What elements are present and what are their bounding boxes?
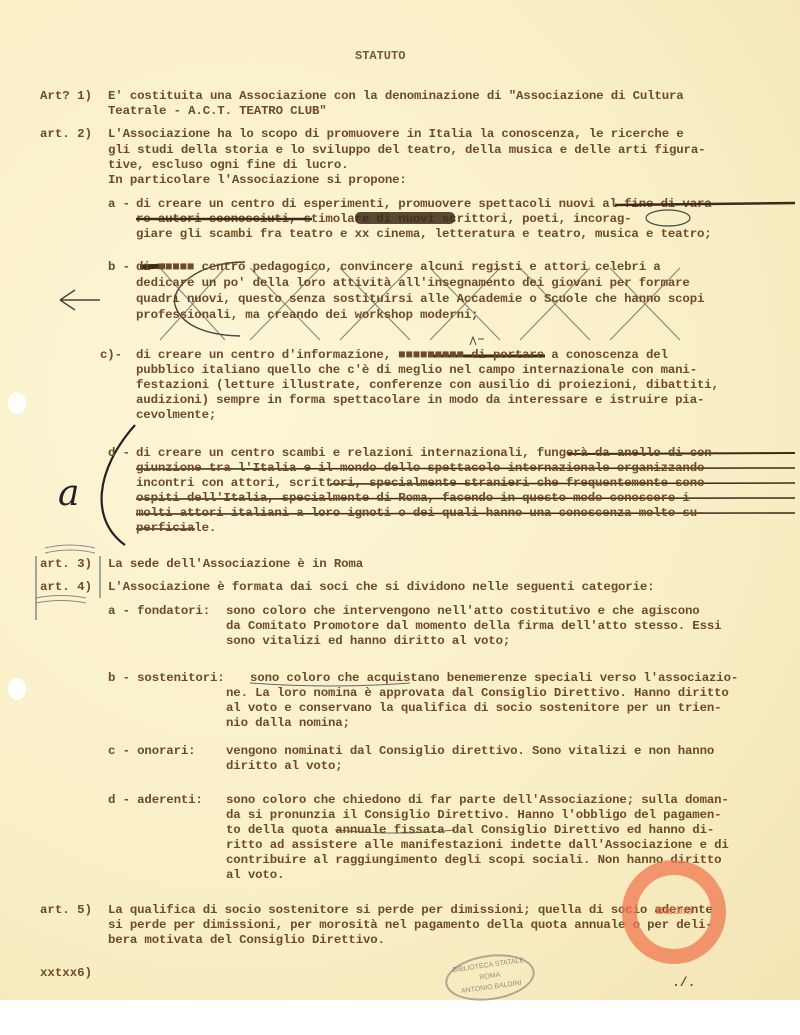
category-a-marker: a - fondatori: bbox=[108, 604, 210, 619]
article-3-label: art. 3) bbox=[40, 557, 92, 571]
category-d-line: to della quota annuale fissata dal Consi… bbox=[226, 823, 714, 838]
item-d-line: giunzione tra l'Italia e il mondo dello … bbox=[136, 461, 704, 476]
category-b-line: nio dalla nomina; bbox=[226, 716, 350, 731]
item-d-line: ospiti dell'Italia, specialmente di Roma… bbox=[136, 491, 690, 506]
article-5-line: bera motivata del Consiglio Direttivo. bbox=[108, 933, 385, 948]
category-c-marker: c - onorari: bbox=[108, 744, 195, 759]
item-c-marker: c)- bbox=[100, 348, 122, 363]
category-d-line: sono coloro che chiedono di far parte de… bbox=[226, 793, 729, 808]
category-b-line: al voto e conservano la qualifica di soc… bbox=[226, 701, 721, 716]
item-b-line: quadri nuovi, questo senza sostituirsi a… bbox=[136, 292, 704, 307]
item-b-line: dedicare un po' della loro attività all'… bbox=[136, 276, 690, 291]
item-b-line: di ■■■■■ centro pedagogico, convincere a… bbox=[136, 260, 661, 275]
item-d-line: molti attori italiani a loro ignoti o de… bbox=[136, 506, 704, 521]
category-b-line: ne. La loro nomina è approvata dal Consi… bbox=[226, 686, 729, 701]
item-c-line: audizioni) sempre in forma spettacolare … bbox=[136, 393, 704, 408]
category-b-marker: b - sostenitori: bbox=[108, 671, 225, 686]
item-d-marker: d - bbox=[108, 446, 130, 461]
item-c-line: cevolmente; bbox=[136, 408, 216, 423]
item-b-marker: b - bbox=[108, 260, 130, 275]
category-d-line: da si pronunzia il Consiglio Direttivo. … bbox=[226, 808, 721, 823]
category-d-marker: d - aderenti: bbox=[108, 793, 203, 808]
article-6-label: xxtxx6) bbox=[40, 966, 92, 980]
item-c-line: festazioni (letture illustrate, conferen… bbox=[136, 378, 719, 393]
article-4-line: L'Associazione è formata dai soci che si… bbox=[108, 580, 654, 595]
article-5-label: art. 5) bbox=[40, 903, 92, 917]
category-a-line: sono coloro che intervengono nell'atto c… bbox=[226, 604, 700, 619]
category-c-line: diritto al voto; bbox=[226, 759, 343, 774]
item-d-line: incontri con attori, scrittori, specialm… bbox=[136, 476, 704, 491]
item-c-line: di creare un centro d'informazione, ■■■■… bbox=[136, 348, 668, 363]
category-d-line: ritto ad assistere alle manifestazioni i… bbox=[226, 838, 729, 853]
article-4-label: art. 4) bbox=[40, 580, 92, 594]
item-d-line: di creare un centro scambi e relazioni i… bbox=[136, 446, 719, 461]
category-d-line: al voto. bbox=[226, 868, 284, 883]
svg-text:a: a bbox=[58, 473, 79, 514]
library-logo-text: Baldini bbox=[656, 905, 693, 917]
category-d-line: contribuire al raggiungimento degli scop… bbox=[226, 853, 721, 868]
continuation-mark: ./. bbox=[672, 975, 695, 990]
category-a-line: sono vitalizi ed hanno diritto al voto; bbox=[226, 634, 510, 649]
category-c-line: vengono nominati dal Consiglio direttivo… bbox=[226, 744, 714, 759]
item-b-line: professionali, ma creando dei workshop m… bbox=[136, 308, 478, 323]
category-b-line: sono coloro che acquistano benemerenze s… bbox=[250, 671, 738, 686]
category-a-line: da Comitato Promotore dal momento della … bbox=[226, 619, 721, 634]
item-d-line: perficiale. bbox=[136, 521, 216, 536]
item-c-line: pubblico italiano quello che c'è di megl… bbox=[136, 363, 697, 378]
article-3-line: La sede dell'Associazione è in Roma bbox=[108, 557, 363, 572]
